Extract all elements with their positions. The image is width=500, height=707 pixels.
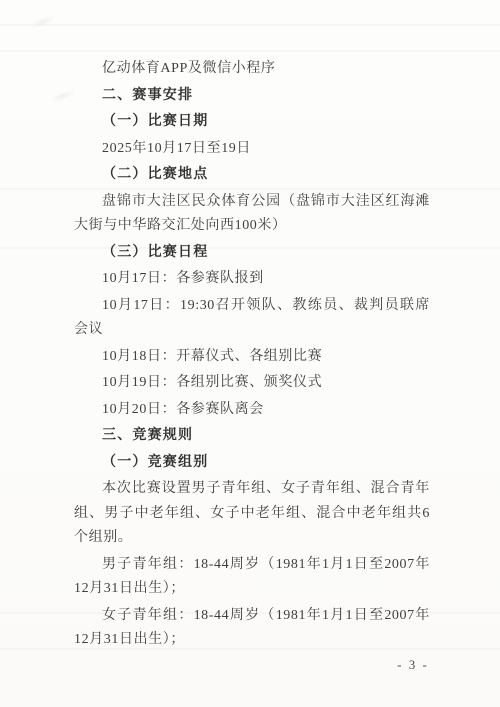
heading-match-venue: （二）比赛地点 (74, 163, 430, 188)
scan-streak (0, 24, 500, 26)
para-schedule-oct17-meeting: 10月17日：19:30召开领队、教练员、裁判员联席会议 (74, 294, 430, 343)
para-app-platforms: 亿动体育APP及微信小程序 (74, 57, 430, 82)
scan-streak (0, 50, 500, 52)
scan-smudge (29, 14, 56, 30)
para-schedule-oct20: 10月20日：各参赛队离会 (74, 398, 430, 423)
para-schedule-oct17-checkin: 10月17日：各参赛队报到 (74, 267, 430, 292)
heading-match-schedule: （三）比赛日程 (74, 241, 430, 266)
para-group-women-youth: 女子青年组：18-44周岁（1981年1月1日至2007年12月31日出生）； (74, 604, 430, 653)
document-body: 亿动体育APP及微信小程序 二、赛事安排 （一）比赛日期 2025年10月17日… (74, 57, 430, 655)
heading-match-date: （一）比赛日期 (74, 110, 430, 135)
para-match-venue: 盘锦市大洼区民众体育公园（盘锦市大洼区红海滩大街与中华路交汇处向西100米） (74, 190, 430, 239)
para-match-date: 2025年10月17日至19日 (74, 137, 430, 162)
heading-competition-rules: 三、竞赛规则 (74, 424, 430, 449)
para-schedule-oct19: 10月19日：各组别比赛、颁奖仪式 (74, 371, 430, 396)
scan-smudge (49, 88, 76, 104)
para-groups-overview: 本次比赛设置男子青年组、女子青年组、混合青年组、男子中老年组、女子中老年组、混合… (74, 477, 430, 551)
page-number: - 3 - (388, 657, 438, 673)
heading-competition-groups: （一）竞赛组别 (74, 451, 430, 476)
scanned-document-page: 亿动体育APP及微信小程序 二、赛事安排 （一）比赛日期 2025年10月17日… (0, 0, 500, 707)
heading-event-arrangement: 二、赛事安排 (74, 84, 430, 109)
para-schedule-oct18: 10月18日：开幕仪式、各组别比赛 (74, 345, 430, 370)
para-group-men-youth: 男子青年组：18-44周岁（1981年1月1日至2007年12月31日出生）； (74, 553, 430, 602)
